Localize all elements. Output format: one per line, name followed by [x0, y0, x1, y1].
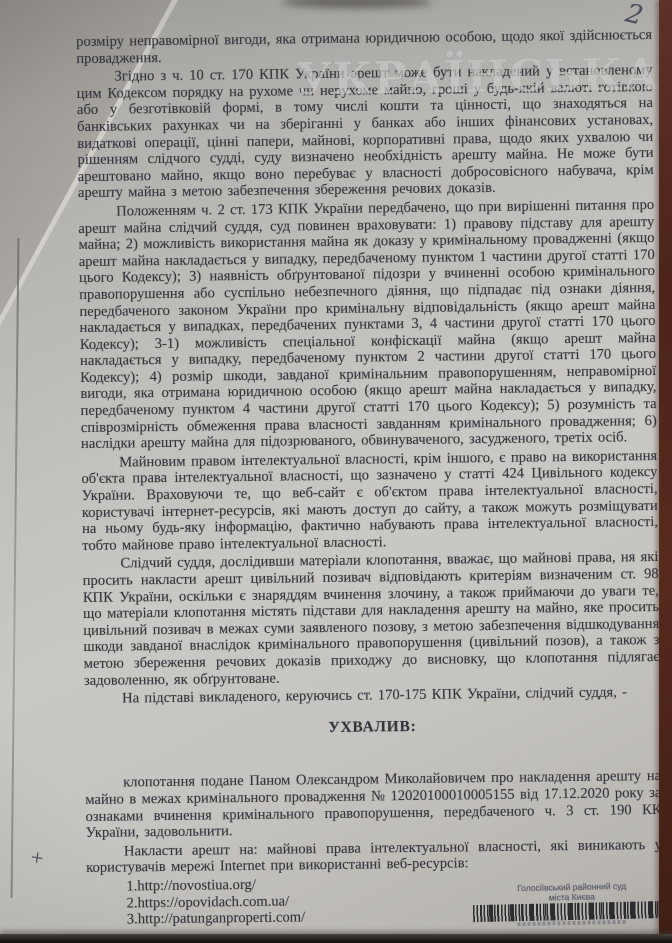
document-paragraph: Слідчий суддя, дослідивши матеріали клоп…: [82, 549, 660, 689]
table-edge-bottom: [0, 934, 672, 943]
document-paragraph: розміру неправомірної вигоди, яка отрима…: [76, 27, 652, 67]
document-paragraph: клопотання подане Паном Олександром Мико…: [85, 768, 662, 841]
document-paragraph: Положенням ч. 2 ст. 173 КПК України пере…: [78, 197, 657, 453]
ruling-heading: УХВАЛИВ:: [84, 716, 660, 740]
table-edge-right: [659, 0, 672, 943]
page-crease-line: [11, 238, 20, 898]
top-shadow-smudge: [282, 0, 432, 8]
document-paragraph: Згідно з ч. 10 ст. 170 КПК України арешт…: [76, 62, 654, 202]
court-registry-stamp: Голосіївський районний суд міста Києва: [466, 880, 672, 927]
document-paragraph: Майновим правом інтелектуальної власност…: [81, 448, 658, 555]
scanned-court-document-photo: розміру неправомірної вигоди, яка отрима…: [0, 0, 672, 943]
document-page: розміру неправомірної вигоди, яка отрима…: [0, 0, 672, 943]
document-paragraph: Накласти арешт на: майнові права інтелек…: [86, 837, 662, 877]
document-text-block: розміру неправомірної вигоди, яка отрима…: [76, 27, 663, 929]
handwritten-margin-mark: +: [29, 847, 46, 869]
stamp-barcode: [473, 901, 671, 922]
